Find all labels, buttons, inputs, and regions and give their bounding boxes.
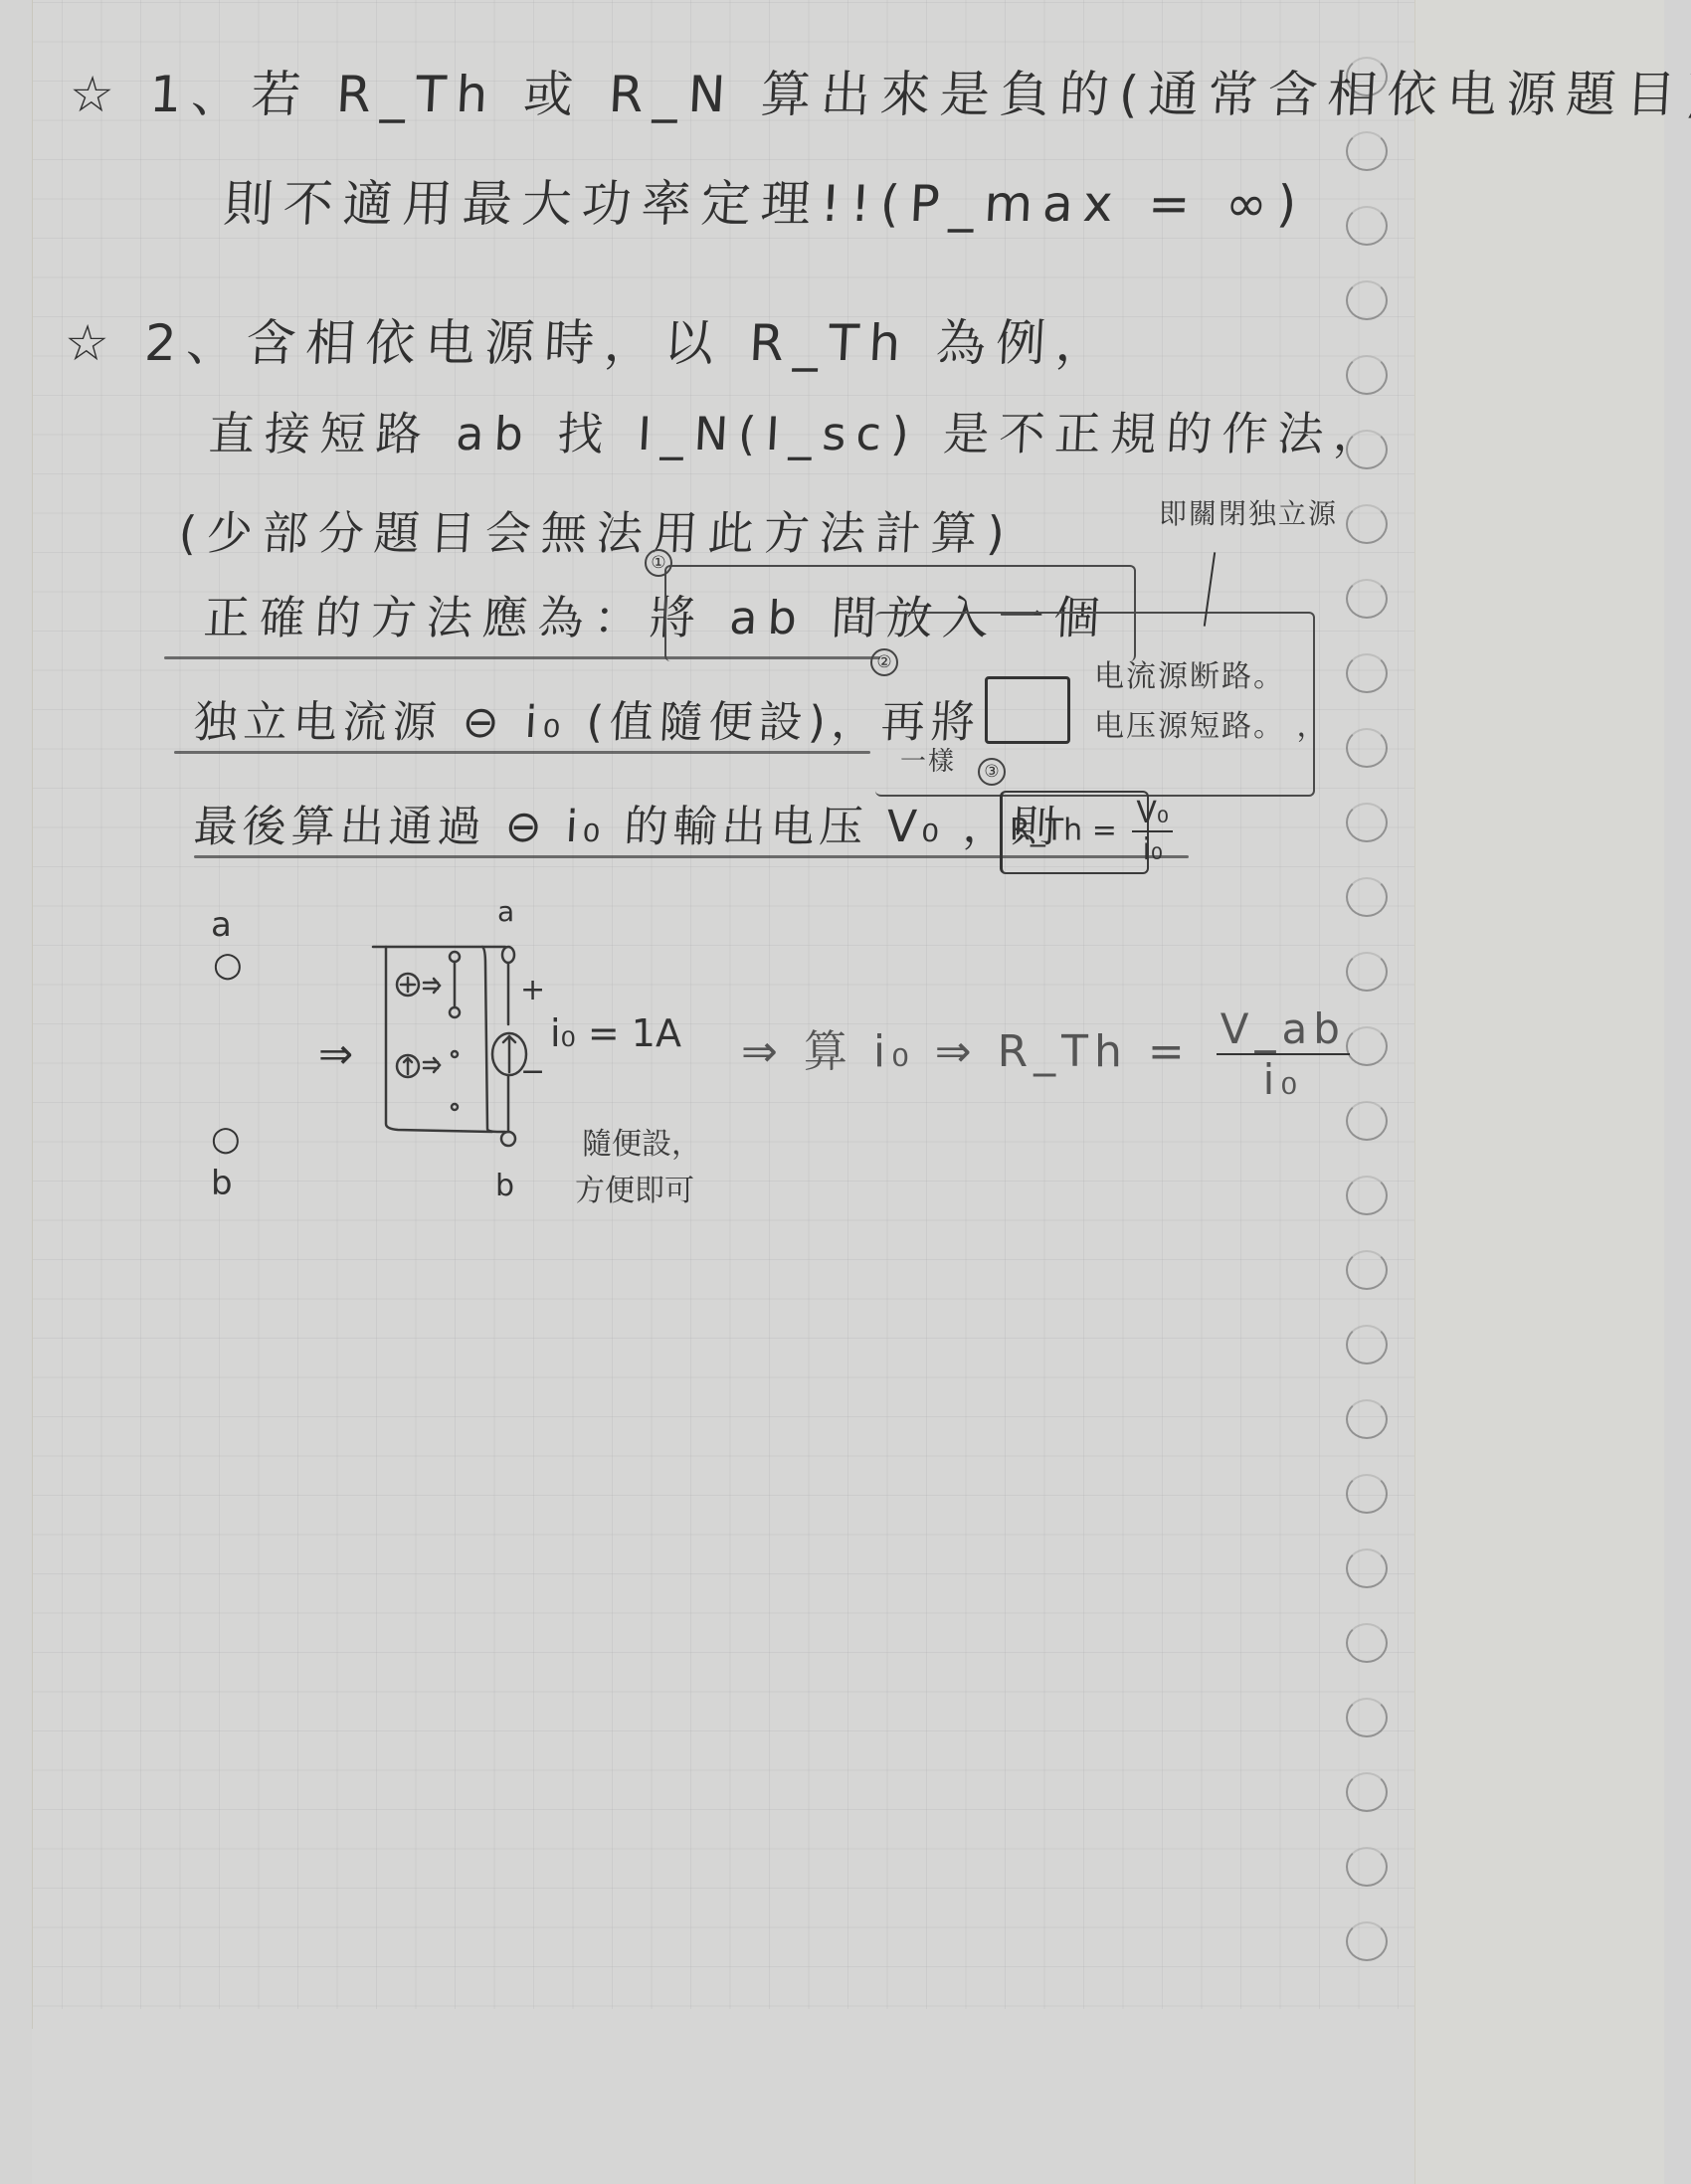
arbitrary-value-note-2: 方便即可 <box>575 1166 694 1209</box>
step-number-1: ① <box>645 549 672 577</box>
binder-holes <box>1346 57 1392 1996</box>
note-point2-line1: ☆ 2、含相依电源時，以 R_Th 為例， <box>63 303 1117 375</box>
binder-hole <box>1346 653 1388 693</box>
binder-hole <box>1346 579 1388 619</box>
binder-hole <box>1346 1772 1388 1812</box>
scanner-edge <box>1664 0 1691 2184</box>
binder-hole <box>1346 1399 1388 1439</box>
step-number-2: ② <box>870 648 898 676</box>
arbitrary-value-note-1: 隨便設， <box>582 1119 701 1163</box>
binder-hole <box>1346 1325 1388 1365</box>
implies-arrow: ⇒ <box>318 1029 353 1078</box>
binder-hole <box>1346 803 1388 842</box>
note-point2-line2: 直接短路 ab 找 I_N(I_sc) 是不正規的作法， <box>207 398 1391 463</box>
terminal-dot-b-left: ○ <box>211 1119 241 1159</box>
underline-line5 <box>164 656 880 659</box>
binder-hole <box>1346 1474 1388 1514</box>
rth-formula: R_Th = V₀i₀ <box>1010 796 1173 867</box>
rth-derivation: ⇒ 算 i₀ ⇒ R_Th = V_abi₀ <box>741 1004 1350 1104</box>
independent-source-box <box>985 676 1070 744</box>
terminal-a-left: a <box>211 905 232 945</box>
current-source-open-note: 电流源断路。 <box>1094 651 1285 695</box>
binder-hole <box>1346 1176 1388 1215</box>
note-point1-line1: ☆ 1、若 R_Th 或 R_N 算出來是負的(通常含相依电源題目) <box>68 55 1691 126</box>
same-note: 一樣 <box>900 741 956 778</box>
note-point2-line3: (少部分題目会無法用此方法計算) <box>177 497 1016 563</box>
binder-hole <box>1346 504 1388 544</box>
binder-hole <box>1346 1623 1388 1663</box>
star-icon: ☆ <box>68 66 125 123</box>
binder-hole <box>1346 1847 1388 1887</box>
turn-off-independent-source-note: 即關閉独立源 <box>1159 492 1338 532</box>
binder-hole <box>1346 728 1388 768</box>
source-plus: + <box>520 973 545 1007</box>
scanner-background <box>1415 0 1664 2184</box>
note-point2-line6: 最後算出通過 ⊖ i₀ 的輸出电压 V₀ ，則 <box>192 791 1062 854</box>
note-point2-line5: 独立电流源 ⊖ i₀ (值隨便設)，再將 <box>192 686 982 750</box>
binder-hole <box>1346 206 1388 246</box>
binder-hole <box>1346 1548 1388 1588</box>
note-point1-line2: 則不適用最大功率定理!!(P_max = ∞) <box>222 164 1308 236</box>
binder-hole <box>1346 1101 1388 1141</box>
binder-hole <box>1346 131 1388 171</box>
voltage-source-short-note: 电压源短路。 ， <box>1094 701 1329 745</box>
terminal-dot-a-left: ○ <box>213 945 243 985</box>
step-number-3: ③ <box>978 758 1006 786</box>
underline-line5b <box>174 751 870 754</box>
star-icon: ☆ <box>63 314 120 372</box>
binder-hole <box>1346 877 1388 917</box>
test-current-label: i₀ = 1A <box>550 1011 681 1055</box>
binder-hole <box>1346 1026 1388 1066</box>
binder-hole <box>1346 1250 1388 1290</box>
binder-hole <box>1346 355 1388 395</box>
paper-left-edge <box>32 0 33 2029</box>
source-minus: − <box>520 1054 545 1089</box>
binder-hole <box>1346 1921 1388 1961</box>
binder-hole <box>1346 1698 1388 1737</box>
binder-hole <box>1346 280 1388 320</box>
terminal-a-right: a <box>497 895 514 928</box>
terminal-b-left: b <box>211 1164 233 1203</box>
terminal-b-right: b <box>495 1169 514 1203</box>
binder-hole <box>1346 952 1388 992</box>
